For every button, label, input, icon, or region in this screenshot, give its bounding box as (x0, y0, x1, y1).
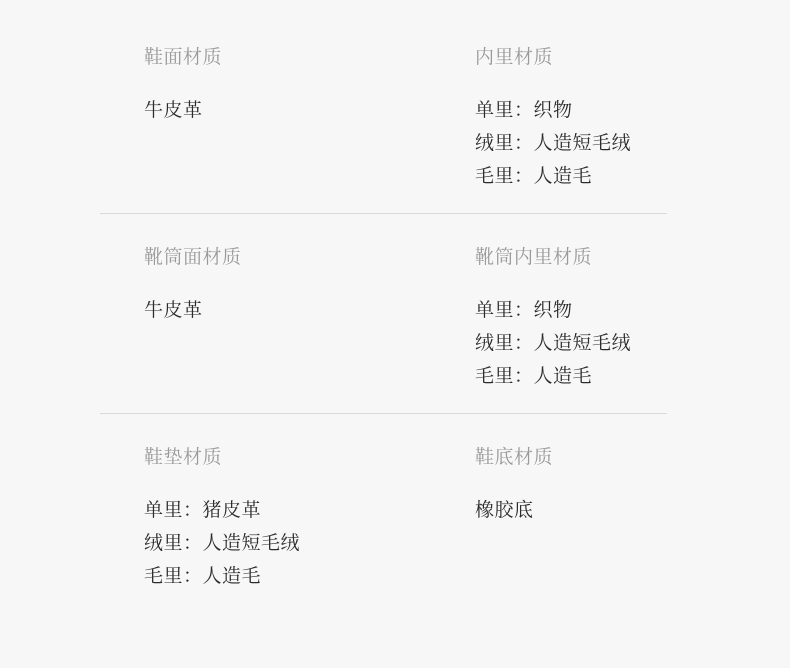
spec-value: 牛皮革 (144, 94, 475, 127)
spec-value: 单里：织物 (475, 294, 667, 327)
spec-value: 毛里：人造毛 (475, 160, 667, 193)
spec-value: 牛皮革 (144, 294, 475, 327)
spec-cell-upper-material: 鞋面材质 牛皮革 (100, 48, 475, 193)
spec-value: 绒里：人造短毛绒 (475, 327, 667, 360)
spec-value: 单里：猪皮革 (144, 494, 475, 527)
material-spec-panel: 鞋面材质 牛皮革 内里材质 单里：织物 绒里：人造短毛绒 毛里：人造毛 靴筒面材… (0, 0, 790, 668)
spec-label: 鞋面材质 (144, 48, 475, 68)
spec-label: 靴筒内里材质 (475, 248, 667, 268)
spec-value: 单里：织物 (475, 94, 667, 127)
spec-cell-outsole-material: 鞋底材质 橡胶底 (475, 448, 667, 593)
spec-value: 毛里：人造毛 (475, 360, 667, 393)
spec-cell-insole-material: 鞋垫材质 单里：猪皮革 绒里：人造短毛绒 毛里：人造毛 (100, 448, 475, 593)
spec-cell-shaft-material: 靴筒面材质 牛皮革 (100, 248, 475, 393)
spec-section-upper: 鞋面材质 牛皮革 内里材质 单里：织物 绒里：人造短毛绒 毛里：人造毛 (100, 14, 667, 213)
spec-cell-lining-material: 内里材质 单里：织物 绒里：人造短毛绒 毛里：人造毛 (475, 48, 667, 193)
spec-section-boot-shaft: 靴筒面材质 牛皮革 靴筒内里材质 单里：织物 绒里：人造短毛绒 毛里：人造毛 (100, 213, 667, 413)
spec-label: 鞋垫材质 (144, 448, 475, 468)
spec-label: 靴筒面材质 (144, 248, 475, 268)
spec-cell-shaft-lining-material: 靴筒内里材质 单里：织物 绒里：人造短毛绒 毛里：人造毛 (475, 248, 667, 393)
spec-label: 鞋底材质 (475, 448, 667, 468)
spec-value: 绒里：人造短毛绒 (144, 527, 475, 560)
spec-value: 橡胶底 (475, 494, 667, 527)
spec-label: 内里材质 (475, 48, 667, 68)
spec-value: 绒里：人造短毛绒 (475, 127, 667, 160)
spec-value: 毛里：人造毛 (144, 560, 475, 593)
spec-section-insole-outsole: 鞋垫材质 单里：猪皮革 绒里：人造短毛绒 毛里：人造毛 鞋底材质 橡胶底 (100, 413, 667, 613)
